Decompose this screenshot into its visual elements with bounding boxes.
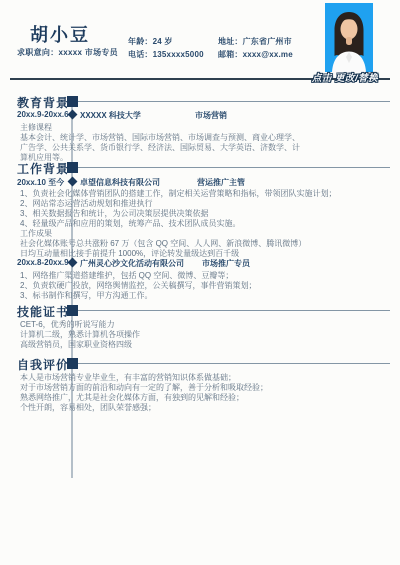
- courses-block: 主修课程 基本会计、统计学、市场营销、国际市场营销、市场调查与预测、商业心理学、…: [20, 123, 300, 163]
- skills-header: 技能证书: [0, 303, 400, 318]
- education-period: 20xx.9-20xx.6: [17, 110, 69, 119]
- section-skills: 技能证书 CET-6，优秀的听说写能力 计算机二级，熟悉计算机各项操作 高级营销…: [0, 303, 400, 318]
- job-entry-1: 20xx.10 至今 卓望信息科技有限公司 营运推广主管: [0, 177, 400, 189]
- job-detail-line: 3、相关数据报告和统计，为公司决策层提供决策依据: [20, 209, 336, 219]
- job-1-details: 1、负责社会化媒体营销团队的搭建工作，制定相关运营策略和指标，带领团队实施计划；…: [20, 189, 336, 259]
- job-2-details: 1、网络推广渠道搭建维护，包括 QQ 空间、微博、豆瓣等； 2、负责软硬广投放，…: [20, 271, 256, 301]
- education-title: 教育背景: [17, 94, 69, 111]
- resume-page: 胡小豆 求职意向：xxxxx 市场专员 年龄：24 岁 电话：135xxxx50…: [0, 0, 400, 565]
- evaluation-title: 自我评价: [17, 356, 69, 373]
- job-entry-2: 20xx.8-20xx.9 广州灵心沙文化活动有限公司 市场推广专员: [0, 258, 400, 270]
- job-role: 市场推广专员: [202, 258, 250, 269]
- evaluation-list: 本人是市场营销专业毕业生，有丰富的营销知识体系做基础； 对于市场营销方面的前沿和…: [20, 373, 268, 413]
- phone-field: 电话：135xxxx5000: [128, 49, 204, 60]
- timeline-diamond-icon: [68, 110, 78, 120]
- section-marker-square: [67, 305, 78, 316]
- major: 市场营销: [195, 110, 227, 121]
- skill-line: CET-6，优秀的听说写能力: [20, 320, 140, 330]
- job-period: 20xx.10 至今: [17, 177, 64, 188]
- section-evaluation: 自我评价 本人是市场营销专业毕业生，有丰富的营销知识体系做基础； 对于市场营销方…: [0, 356, 400, 371]
- evaluation-line: 本人是市场营销专业毕业生，有丰富的营销知识体系做基础；: [20, 373, 268, 383]
- job-detail-line: 工作成果: [20, 229, 336, 239]
- job-detail-line: 1、负责社会化媒体营销团队的搭建工作，制定相关运营策略和指标，带领团队实施计划；: [20, 189, 336, 199]
- job-intent: 求职意向：xxxxx 市场专员: [17, 47, 118, 58]
- skill-line: 计算机二级，熟悉计算机各项操作: [20, 330, 140, 340]
- courses-label: 主修课程: [20, 123, 300, 133]
- evaluation-header: 自我评价: [0, 356, 400, 371]
- company-name: 广州灵心沙文化活动有限公司: [80, 258, 184, 269]
- skills-list: CET-6，优秀的听说写能力 计算机二级，熟悉计算机各项操作 高级营销员，国家职…: [20, 320, 140, 350]
- evaluation-line: 个性开朗，容易相处，团队荣誉感强；: [20, 403, 268, 413]
- profile-photo[interactable]: [325, 3, 373, 72]
- section-education: 教育背景 20xx.9-20xx.6 XXXXX 科技大学 市场营销 主修课程 …: [0, 94, 400, 109]
- timeline-diamond-icon: [68, 258, 78, 268]
- work-header: 工作背景: [0, 160, 400, 175]
- section-marker-square: [67, 162, 78, 173]
- school-name: XXXXX 科技大学: [80, 110, 141, 121]
- job-period: 20xx.8-20xx.9: [17, 258, 69, 267]
- photo-illustration: [325, 3, 373, 72]
- section-work: 工作背景 20xx.10 至今 卓望信息科技有限公司 营运推广主管 1、负责社会…: [0, 160, 400, 175]
- section-marker-square: [67, 96, 78, 107]
- work-title: 工作背景: [17, 160, 69, 177]
- timeline-diamond-icon: [68, 177, 78, 187]
- section-rule: [78, 101, 390, 102]
- section-rule: [78, 310, 390, 311]
- age-field: 年龄：24 岁: [128, 36, 173, 47]
- job-detail-line: 4、轻量级产品和应用的策划，统筹产品、技术团队成员实施。: [20, 219, 336, 229]
- skill-line: 高级营销员，国家职业资格四级: [20, 340, 140, 350]
- evaluation-line: 对于市场营销方面的前沿和动向有一定的了解，善于分析和吸取经验；: [20, 383, 268, 393]
- education-header: 教育背景: [0, 94, 400, 109]
- job-role: 营运推广主管: [197, 177, 245, 188]
- skills-title: 技能证书: [17, 303, 69, 320]
- candidate-name: 胡小豆: [30, 21, 90, 47]
- company-name: 卓望信息科技有限公司: [80, 177, 160, 188]
- job-detail-line: 2、网站常态运营活动规划和推进执行: [20, 199, 336, 209]
- job-detail-line: 1、网络推广渠道搭建维护，包括 QQ 空间、微博、豆瓣等；: [20, 271, 256, 281]
- section-rule: [78, 167, 390, 168]
- job-detail-line: 2、负责软硬广投放，网络舆情监控，公关稿撰写，事件营销策划；: [20, 281, 256, 291]
- address-field: 地址：广东省广州市: [218, 36, 292, 47]
- section-marker-square: [67, 358, 78, 369]
- evaluation-line: 熟悉网络推广，尤其是社会化媒体方面，有独到的见解和经验；: [20, 393, 268, 403]
- courses-text: 基本会计、统计学、市场营销、国际市场营销、市场调查与预测、商业心理学、广告学、公…: [20, 133, 300, 163]
- email-field: 邮箱：xxxx@xx.me: [218, 49, 293, 60]
- photo-change-badge[interactable]: 点击 更改/替换: [308, 70, 382, 84]
- section-rule: [78, 363, 390, 364]
- job-detail-line: 3、标书制作和撰写，甲方沟通工作。: [20, 291, 256, 301]
- education-entry: 20xx.9-20xx.6 XXXXX 科技大学 市场营销: [0, 110, 400, 122]
- job-detail-line: 社会化媒体账号总共涨粉 67 万（包含 QQ 空间、人人网、新浪微博、腾讯微博）: [20, 239, 336, 249]
